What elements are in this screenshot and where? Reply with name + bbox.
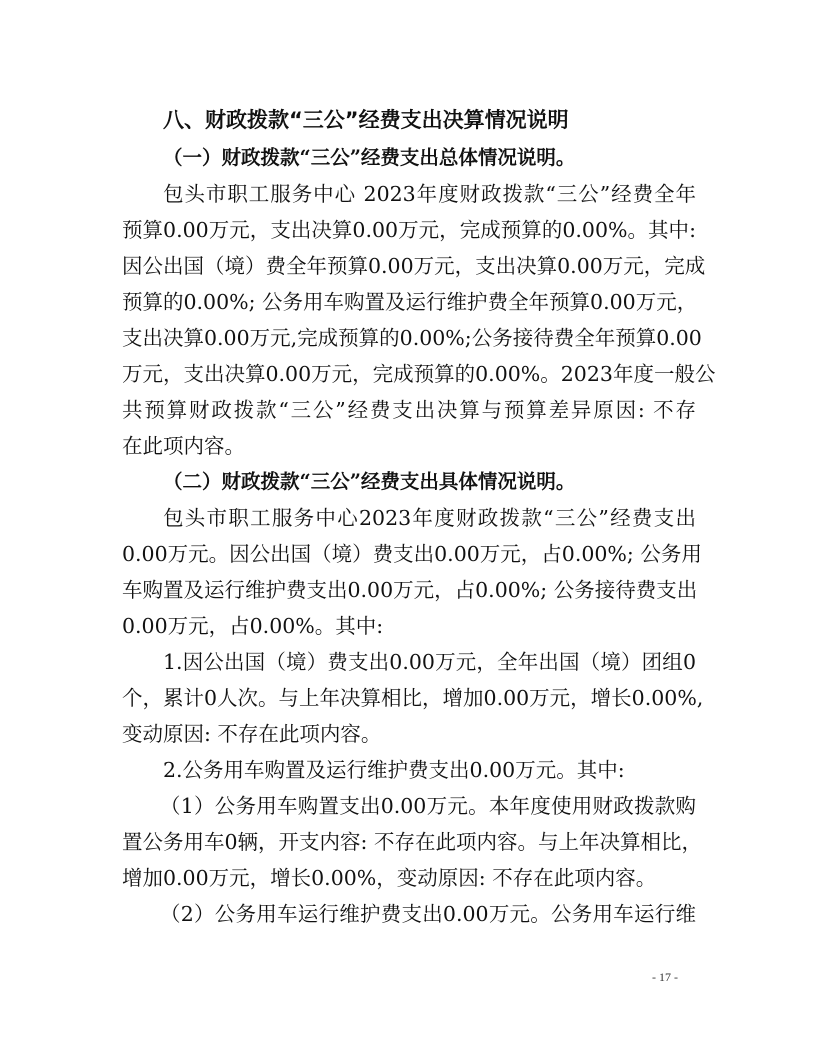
text-line: 万元，支出决算0.00万元，完成预算的0.00%。2023年度一般公 — [122, 356, 696, 392]
item-overseas-travel: 1.因公出国（境）费支出0.00万元，全年出国（境）团组0 个，累计0人次。与上… — [122, 644, 696, 752]
document-page: 八、财政拨款“三公”经费支出决算情况说明 （一）财政拨款“三公”经费支出总体情况… — [122, 100, 696, 932]
text-line: 增加0.00万元，增长0.00%，变动原因: 不存在此项内容。 — [122, 860, 696, 896]
text-line: 因公出国（境）费全年预算0.00万元，支出决算0.00万元，完成 — [122, 248, 696, 284]
paragraph-detail: 包头市职工服务中心2023年度财政拨款“三公”经费支出 0.00万元。因公出国（… — [122, 500, 696, 644]
subsection-title-2: （二）财政拨款“三公”经费支出具体情况说明。 — [122, 464, 696, 500]
section-title: 八、财政拨款“三公”经费支出决算情况说明 — [122, 100, 696, 140]
text-line: 0.00万元，占0.00%。其中: — [122, 608, 696, 644]
item-vehicle-maintenance: （2）公务用车运行维护费支出0.00万元。公务用车运行维 — [122, 896, 696, 932]
text-line: 预算0.00万元，支出决算0.00万元，完成预算的0.00%。其中: — [122, 212, 696, 248]
text-line: 在此项内容。 — [122, 428, 696, 464]
subsection-title-1: （一）财政拨款“三公”经费支出总体情况说明。 — [122, 140, 696, 176]
paragraph-overall: 包头市职工服务中心 2023年度财政拨款“三公”经费全年 预算0.00万元，支出… — [122, 176, 696, 464]
item-vehicle: 2.公务用车购置及运行维护费支出0.00万元。其中: — [122, 752, 696, 788]
text-line: （1）公务用车购置支出0.00万元。本年度使用财政拨款购 — [122, 788, 696, 824]
text-line: 变动原因: 不存在此项内容。 — [122, 716, 696, 752]
text-line: 置公务用车0辆，开支内容: 不存在此项内容。与上年决算相比， — [122, 824, 696, 860]
text-line: 0.00万元。因公出国（境）费支出0.00万元，占0.00%; 公务用 — [122, 536, 696, 572]
text-line: 1.因公出国（境）费支出0.00万元，全年出国（境）团组0 — [122, 644, 696, 680]
text-line: 共预算财政拨款“三公”经费支出决算与预算差异原因: 不存 — [122, 392, 696, 428]
item-vehicle-purchase: （1）公务用车购置支出0.00万元。本年度使用财政拨款购 置公务用车0辆，开支内… — [122, 788, 696, 896]
page-number: - 17 - — [652, 970, 678, 985]
text-line: 预算的0.00%; 公务用车购置及运行维护费全年预算0.00万元， — [122, 284, 696, 320]
text-line: 包头市职工服务中心 2023年度财政拨款“三公”经费全年 — [122, 176, 696, 212]
text-line: 个，累计0人次。与上年决算相比，增加0.00万元，增长0.00%, — [122, 680, 696, 716]
text-line: 支出决算0.00万元,完成预算的0.00%;公务接待费全年预算0.00 — [122, 320, 696, 356]
text-line: 包头市职工服务中心2023年度财政拨款“三公”经费支出 — [122, 500, 696, 536]
text-line: 车购置及运行维护费支出0.00万元，占0.00%; 公务接待费支出 — [122, 572, 696, 608]
